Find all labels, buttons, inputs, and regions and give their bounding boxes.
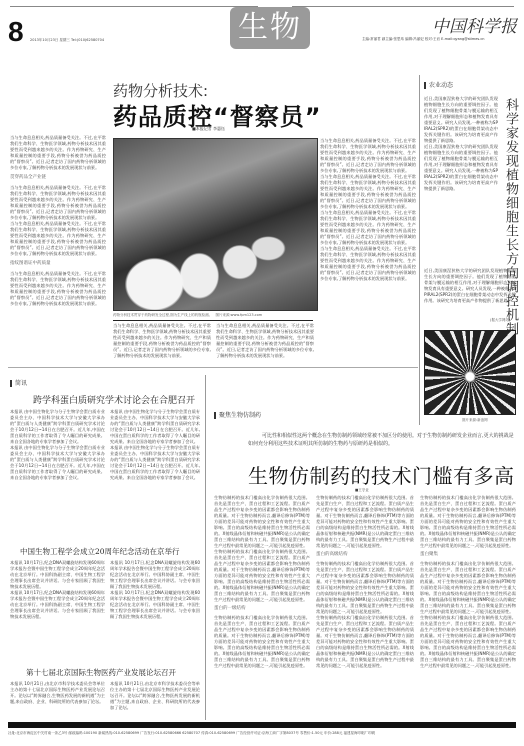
feature-byline: ■王守业	[355, 488, 369, 493]
sidebar-section-label: 农业动态	[424, 80, 453, 89]
lead-subhead-2: 指纹图谱证中药质量	[10, 261, 106, 267]
header-rule-right	[292, 6, 514, 7]
lead-paragraph: 当与生命息息相关,药品质量备受关注。不过,在平常我们生命科学、生物医学领域,药物…	[10, 271, 106, 307]
pill-bottle-production-photo	[113, 138, 318, 311]
feature-col1: 生物仿制药的技术门槛高出化学仿制药很大范围。首先是蛋白生产、蛋白过程和工艺流程。…	[214, 495, 310, 720]
brief-3-col1: 本报讯 10月21日,由北京市科学技术委员会等单位主办的第十七届北京国际生物医药…	[10, 681, 105, 719]
lead-body-col2: 当与生命息息相关,药品质量备受关注。不过,在平常我们生命科学、生物医学领域,药物…	[113, 323, 211, 361]
briefs-section-label: 简讯	[10, 378, 27, 387]
lead-paragraph: 当与生命息息相关,药品质量备受关注。不过,在平常我们生命科学、生物医学领域,药物…	[10, 185, 106, 221]
feature-col3: 生物仿制药的技术门槛高出化学仿制药很大范围。首先是蛋白生产、蛋白过程和工艺流程。…	[420, 495, 516, 720]
masthead-logo: 中国科学报	[432, 12, 517, 37]
lead-subhead-1: 贯穿药品全产业链	[10, 175, 106, 181]
lead-body-col4: 当与生命息息相关,药品质量备受关注。不过,在平常我们生命科学、生物医学领域,药物…	[320, 138, 416, 362]
lead-paragraph: 当与生命息息相关,药品质量备受关注。不过,在平常我们生命科学、生物医学领域,药物…	[10, 221, 106, 257]
section-title: 生物	[230, 7, 310, 49]
brief-1-col2: 本报讯 由中国生物化学与分子生物学会蛋白质专业委员会主办、中国科学技术大学与安徽…	[110, 409, 200, 521]
feature-subhead-3: 蛋白聚集	[420, 552, 516, 558]
sidebar-body: 近日,美国康涅狄格大学的研究团队发现植物细胞生长方向的重要调控因子。他们发现了植…	[424, 96, 498, 266]
divider	[8, 367, 418, 368]
lead-body-col1: 当与生命息息相关,药品质量备受关注。不过,在平常我们生命科学、生物医学领域,药物…	[10, 135, 106, 365]
section-tab: 生物	[230, 7, 310, 49]
footer-bar	[8, 722, 516, 728]
brief-3-title: 第十七届北京国际生物医药产业发展论坛召开	[26, 667, 176, 678]
feature-deck: 可比性和相似性这两个概念在生物仿制药领域经常被不加区分的使用。对于生物仿制药研发…	[248, 432, 518, 448]
feature-headline: 生物仿制药的技术门槛有多高	[248, 460, 515, 489]
lead-byline: ■本报记者 李惠钰	[192, 126, 225, 132]
photo-caption: 药物分析技术贯穿于药物研发全过程,图为生产线上的药瓶检测。 图片来源:www.f…	[113, 313, 318, 318]
page-number: 8	[8, 18, 24, 46]
feature-col2: 生物仿制药的技术门槛高出化学仿制药很大范围。首先是蛋白生产、蛋白过程和工艺流程。…	[316, 495, 414, 720]
divider	[113, 320, 313, 321]
lead-paragraph: 当与生命息息相关,药品质量备受关注。不过,在平常我们生命科学、生物医学领域,药物…	[10, 135, 106, 171]
feature-subhead-1: 蛋白的一级结构	[214, 606, 310, 612]
flower-photo	[424, 330, 516, 415]
brief-1-col1: 本报讯 由中国生物化学与分子生物学会蛋白质专业委员会主办、中国科学技术大学与安徽…	[10, 409, 105, 521]
feature-subhead-2: 蛋白的高级结构	[316, 552, 414, 558]
feature-section-label: 聚焦生物仿制药	[214, 410, 261, 419]
column-divider	[205, 375, 206, 720]
editor-credits: 主编:常丽君 副主编:张思玮 编辑:冯丽妃 校对:王岩 E-mail:qyang…	[362, 37, 485, 42]
column-divider	[419, 75, 420, 425]
brief-3-col2: 本报讯 10月21日,由北京市科学技术委员会等单位主办的第十七届北京国际生物医药…	[110, 681, 200, 719]
brief-2-title: 中国生物工程学会成立20周年纪念活动在京举行	[20, 546, 180, 557]
flower-photo-caption: 图片来源:新浪网	[462, 418, 488, 423]
brief-2-col2: 本报讯 10月17日,纪念DNA双螺旋结构发现60周年学术报告会暨中国生物工程学…	[110, 560, 200, 650]
brief-1-title: 跨学科蛋白质研究学术讨论会在合肥召开	[33, 393, 195, 406]
lead-body-col3: 当与生命息息相关,药品质量备受关注。不过,在平常我们生命科学、生物医学领域,药物…	[216, 323, 314, 361]
header-rule-left	[10, 6, 258, 7]
brief-2-col1: 本报讯 10月17日,纪念DNA双螺旋结构发现60周年学术报告会暨中国生物工程学…	[10, 560, 105, 650]
issue-date-meta: 2013年10月23日 星期三 Tel:(010)62580704	[30, 38, 104, 43]
sidebar-body-continued: 近日,美国康涅狄格大学的研究团队发现植物细胞生长方向的重要调控因子。他们发现了植…	[424, 268, 516, 318]
sidebar-source: (据大学网站)	[490, 318, 510, 323]
footer-publisher-info: 社址:北京市海淀区中关村南一条乙3号 邮政编码:100190 新闻热线:010-…	[8, 731, 518, 736]
